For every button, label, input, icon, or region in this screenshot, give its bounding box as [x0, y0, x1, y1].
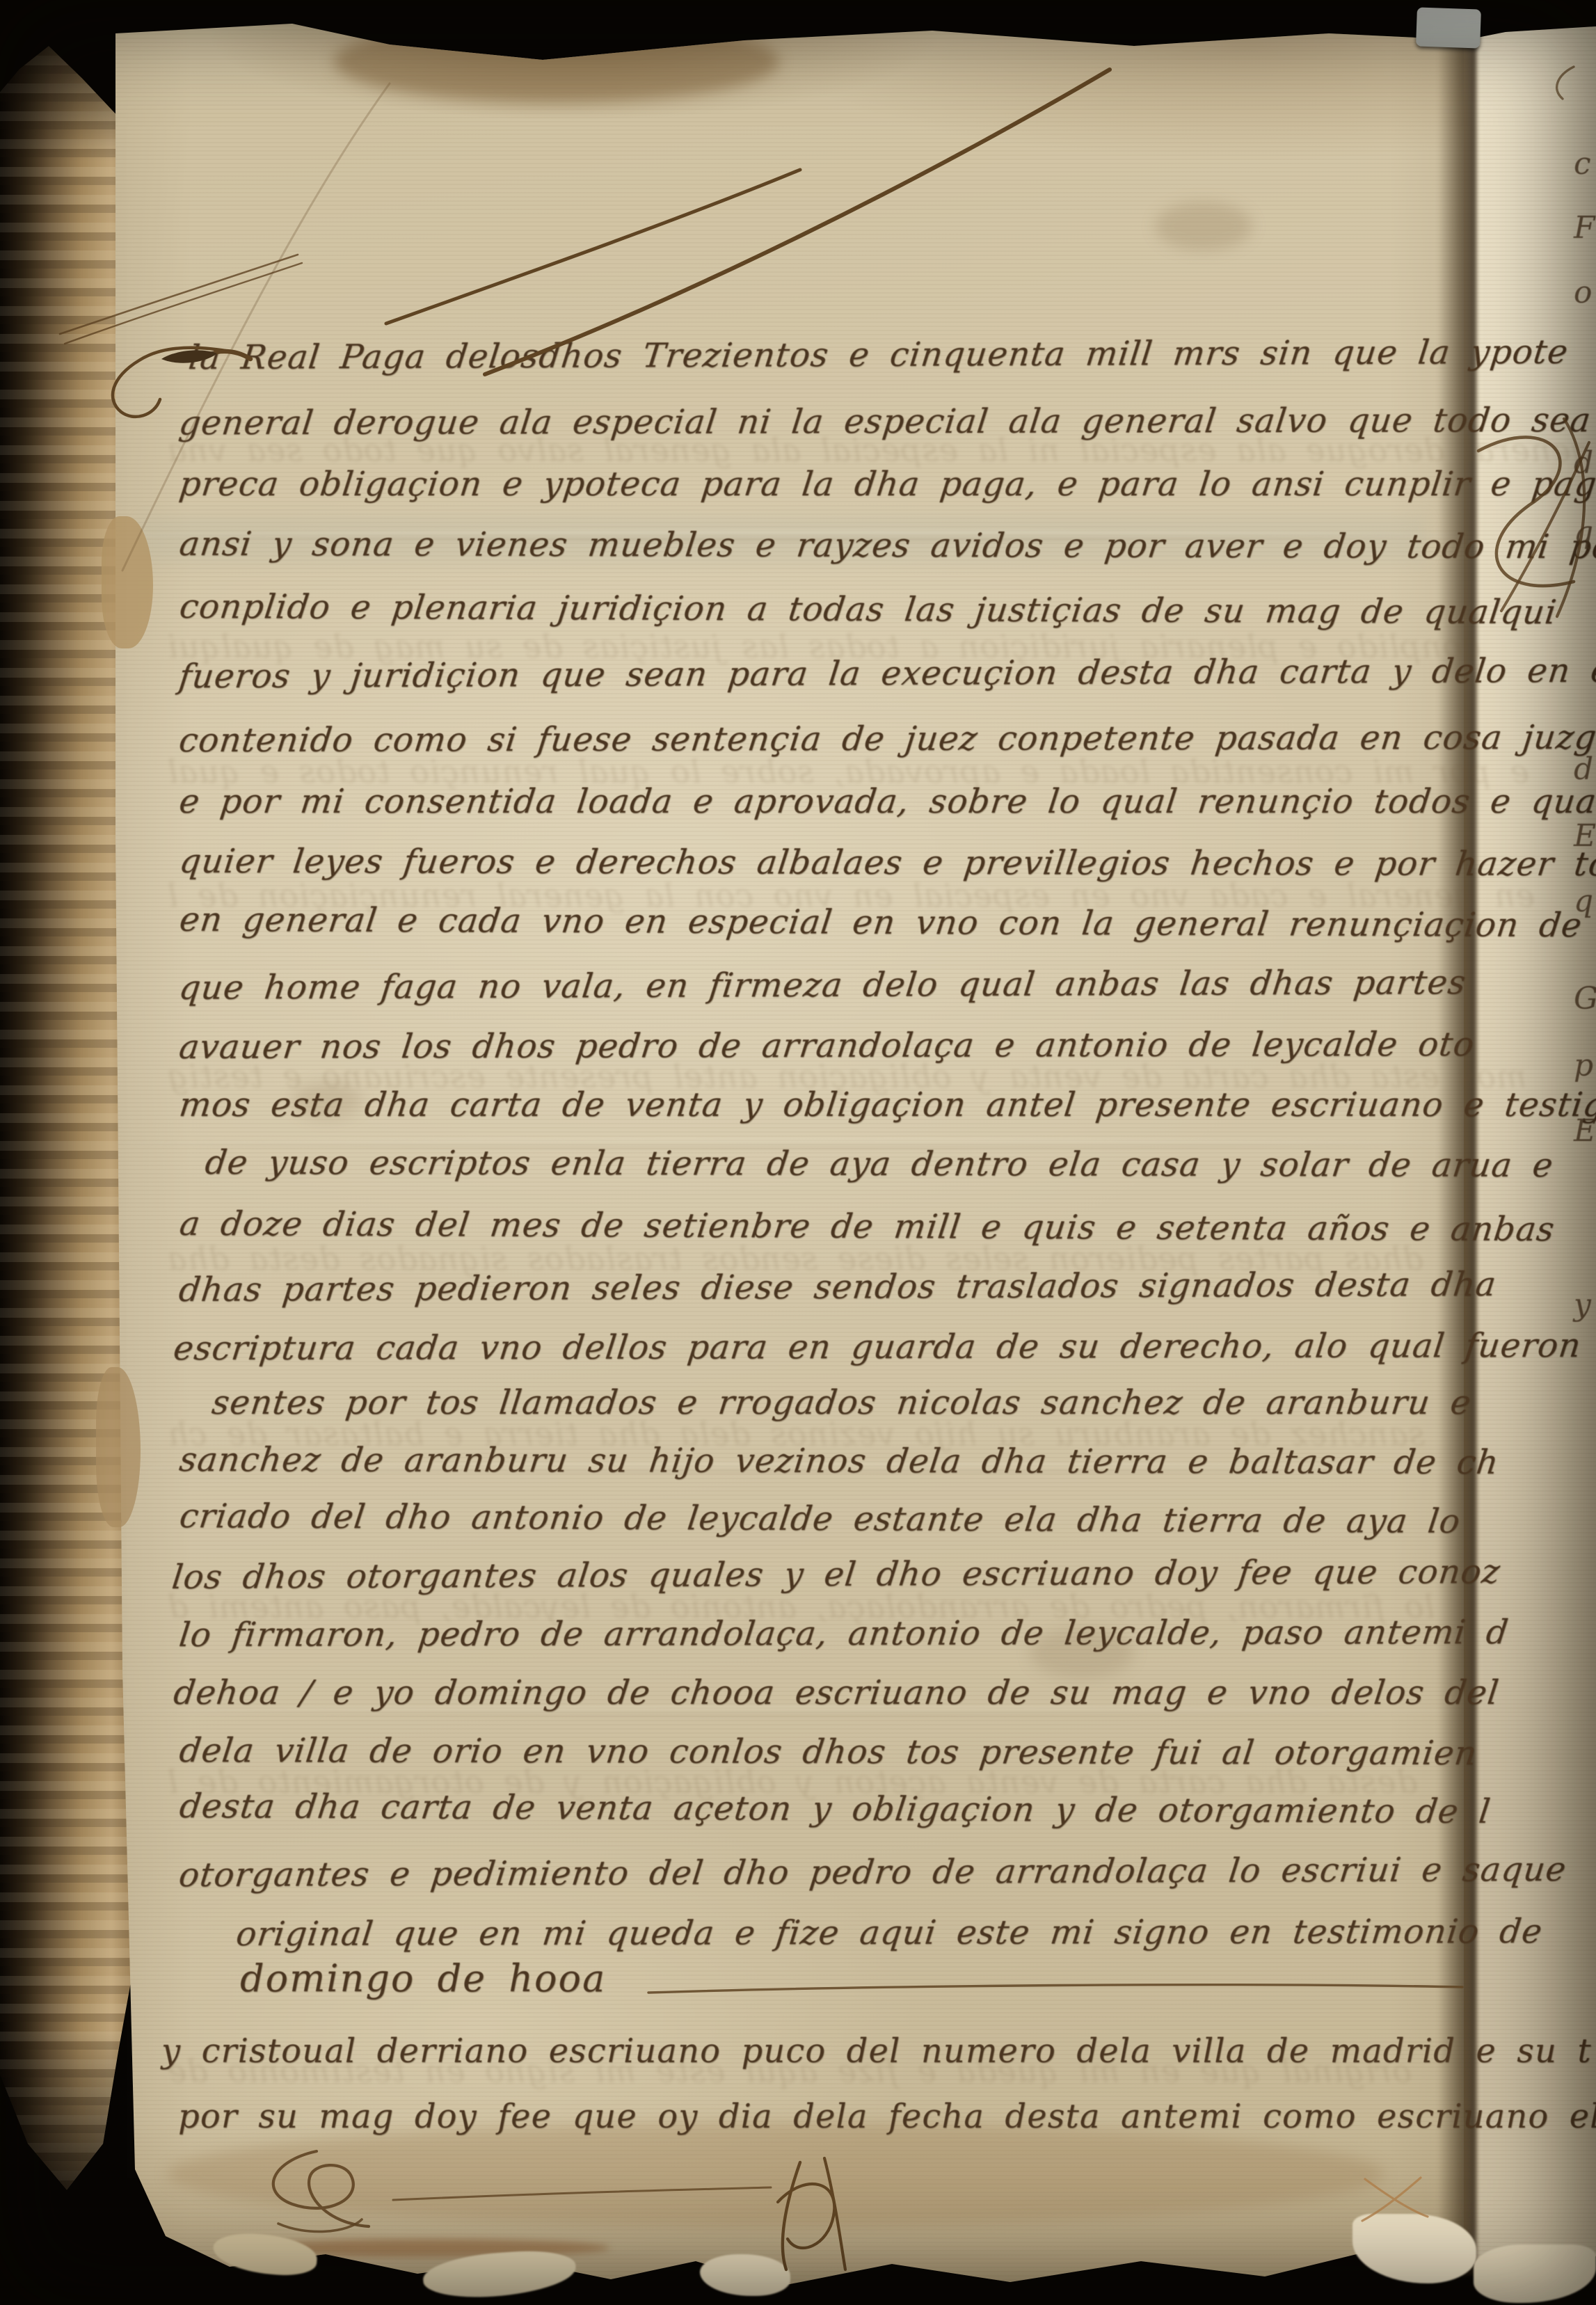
facing-page-letter-fragment: p — [1574, 1048, 1593, 1083]
facing-page-letter-fragment: y — [1574, 1287, 1591, 1323]
manuscript-line: quier leyes fueros e derechos albalaes e… — [177, 842, 1596, 884]
facing-page-letter-fragment: q — [1574, 515, 1593, 550]
manuscript-line: que home faga no vala, en firmeza delo q… — [177, 963, 1468, 1007]
facing-page-letter-fragment: F — [1574, 210, 1595, 246]
manuscript-line: en general e cada vno en especial en vno… — [177, 900, 1596, 946]
facing-page-letter-fragment: c — [1574, 146, 1591, 182]
facing-page-letter-fragment: E — [1574, 1113, 1596, 1149]
manuscript-photo: la Real Paga delosdhos Trezientos e cinq… — [0, 0, 1596, 2305]
manuscript-line: contenido como si fuese sentençia de jue… — [177, 718, 1596, 760]
facing-page-letter-fragment: G — [1574, 981, 1596, 1016]
manuscript-line: avauer nos los dhos pedro de arrandolaça… — [177, 1025, 1476, 1067]
manuscript-line: fueros y juridiçion que sean para la exe… — [177, 651, 1596, 696]
notary-signature: domingo de hooa — [240, 1956, 606, 2000]
facing-page-letter-fragment: q — [1574, 884, 1593, 919]
manuscript-line: criado del dho antonio de leycalde estan… — [177, 1497, 1463, 1541]
manuscript-line: escriptura cada vno dellos para en guard… — [171, 1326, 1596, 1368]
manuscript-line: original que en mi queda e fize aqui est… — [234, 1912, 1545, 1954]
manuscript-line: e por mi consentida loada e aprovada, so… — [177, 782, 1596, 821]
manuscript-line: lo firmaron, pedro de arrandolaça, anton… — [177, 1613, 1510, 1654]
manuscript-line: a doze dias del mes de setienbre de mill… — [177, 1204, 1557, 1249]
paper-clamp — [1416, 7, 1481, 48]
manuscript-line: dhas partes pedieron seles diese sendos … — [177, 1265, 1499, 1309]
manuscript-line: mos esta dha carta de venta y obligaçion… — [177, 1085, 1596, 1124]
manuscript-line: preca obligaçion e ypoteca para la dha p… — [177, 465, 1596, 504]
manuscript-line: los dhos otorgantes alos quales y el dho… — [170, 1552, 1503, 1597]
manuscript-line: dela villa de orio en vno conlos dhos to… — [177, 1731, 1480, 1773]
facing-page-letter-fragment: o — [1574, 275, 1593, 310]
addendum-line: por su mag doy fee que oy dia dela fecha… — [178, 2097, 1596, 2136]
facing-page-letter-fragment: E — [1574, 818, 1596, 854]
manuscript-line: de yuso escriptos enla tierra de aya den… — [203, 1143, 1556, 1185]
manuscript-line: dehoa / e yo domingo de chooa escriuano … — [172, 1673, 1501, 1712]
manuscript-line: sentes por tos llamados e rrogados nicol… — [210, 1383, 1474, 1422]
manuscript-line: sanchez de aranburu su hijo vezinos dela… — [177, 1440, 1501, 1482]
facing-page-letter-fragment: d — [1574, 751, 1593, 787]
facing-page-letter-fragment: d — [1574, 445, 1593, 481]
manuscript-line: desta dha carta de venta açeton y obliga… — [177, 1787, 1493, 1831]
manuscript-line: ansi y sona e vienes muebles e rayzes av… — [177, 525, 1596, 566]
handwriting-layer: la Real Paga delosdhos Trezientos e cinq… — [0, 0, 1596, 2305]
addendum-line: y cristoual derriano escriuano puco del … — [161, 2032, 1592, 2071]
manuscript-line: general derogue ala especial ni la espec… — [177, 401, 1596, 442]
manuscript-line: la Real Paga delosdhos Trezientos e cinq… — [186, 333, 1570, 377]
manuscript-line: otorgantes e pedimiento del dho pedro de… — [177, 1850, 1569, 1895]
manuscript-line: conplido e plenaria juridiçion a todas l… — [177, 587, 1559, 632]
